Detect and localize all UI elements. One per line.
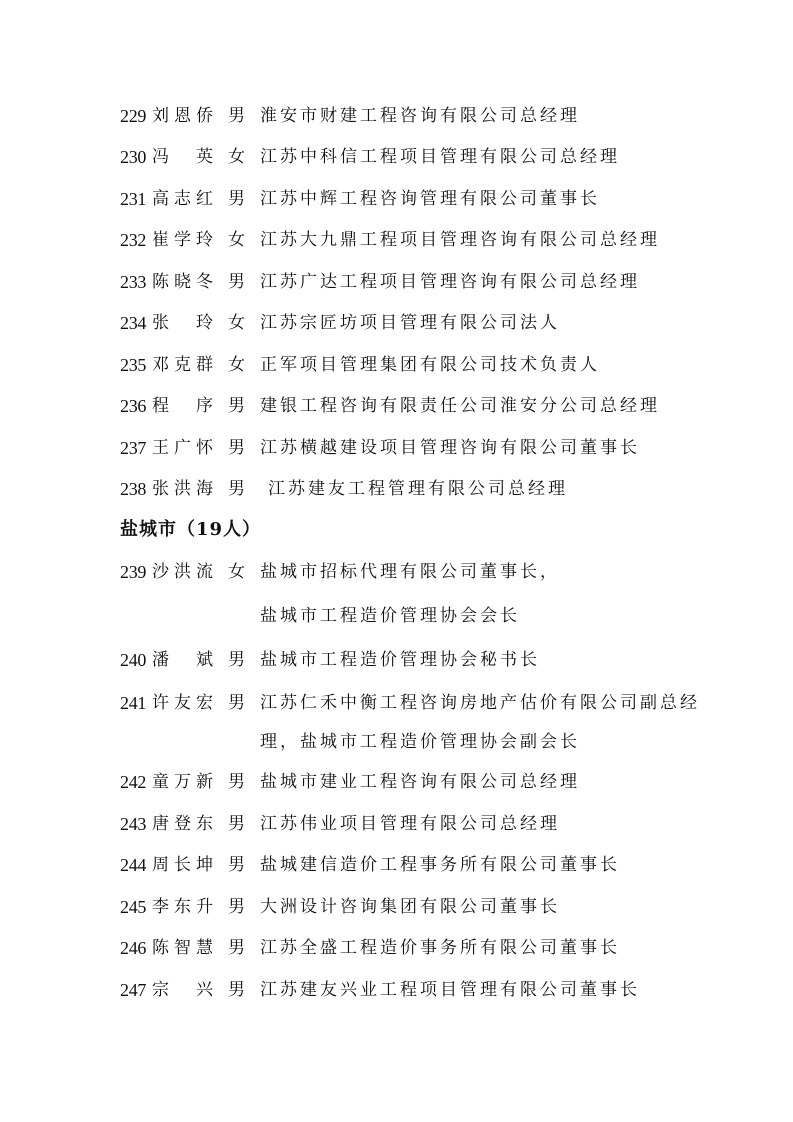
entry-description: 盐城市建业工程咨询有限公司总经理 — [260, 767, 580, 797]
entry-gender: 男 — [228, 850, 245, 880]
entry-name: 童万新 — [152, 767, 216, 797]
entry-gender: 男 — [228, 809, 245, 839]
entry-name: 崔学玲 — [152, 225, 216, 255]
entry-gender: 男 — [228, 767, 245, 797]
entry-gender: 男 — [228, 892, 245, 922]
entry-description: 江苏大九鼎工程项目管理咨询有限公司总经理 — [260, 225, 660, 255]
entry-name: 高志红 — [152, 184, 216, 214]
entry-description: 淮安市财建工程咨询有限公司总经理 — [260, 101, 580, 131]
entry-gender: 女 — [228, 350, 245, 380]
entry-description-continued: 理，盐城市工程造价管理协会副会长 — [260, 727, 580, 757]
entry-gender: 男 — [228, 184, 245, 214]
entry-description: 江苏中科信工程项目管理有限公司总经理 — [260, 142, 620, 172]
entry-gender: 女 — [228, 142, 245, 172]
entry-name: 宗 兴 — [152, 975, 216, 1005]
entry-name: 王广怀 — [152, 433, 216, 463]
entry-number: 237 — [120, 433, 146, 463]
entry-description: 江苏中辉工程咨询管理有限公司董事长 — [260, 184, 600, 214]
entry-gender: 男 — [228, 474, 245, 504]
entry-description: 江苏全盛工程造价事务所有限公司董事长 — [260, 933, 620, 963]
entry-name: 刘恩侨 — [152, 101, 216, 131]
entry-gender: 女 — [228, 225, 245, 255]
entry-description: 大洲设计咨询集团有限公司董事长 — [260, 892, 560, 922]
entry-description: 盐城市招标代理有限公司董事长， — [260, 557, 560, 587]
entry-name: 邓克群 — [152, 350, 216, 380]
entry-gender: 女 — [228, 308, 245, 338]
entry-description: 江苏伟业项目管理有限公司总经理 — [260, 809, 560, 839]
entry-gender: 男 — [228, 391, 245, 421]
entry-number: 236 — [120, 391, 146, 421]
entry-gender: 女 — [228, 557, 245, 587]
entry-name: 陈晓冬 — [152, 267, 216, 297]
entry-number: 242 — [120, 767, 146, 797]
entry-number: 235 — [120, 350, 146, 380]
entry-name: 程 序 — [152, 391, 216, 421]
entry-description: 江苏建友兴业工程项目管理有限公司董事长 — [260, 975, 640, 1005]
entry-number: 234 — [120, 308, 146, 338]
entry-number: 243 — [120, 809, 146, 839]
entry-number: 232 — [120, 225, 146, 255]
entry-description: 正军项目管理集团有限公司技术负责人 — [260, 350, 600, 380]
entry-name: 陈智慧 — [152, 933, 216, 963]
entry-name: 张洪海 — [152, 474, 216, 504]
entry-number: 246 — [120, 933, 146, 963]
entry-description: 江苏广达工程项目管理咨询有限公司总经理 — [260, 267, 640, 297]
entry-name: 沙洪流 — [152, 557, 216, 587]
entry-description: 江苏宗匠坊项目管理有限公司法人 — [260, 308, 560, 338]
entry-description: 建银工程咨询有限责任公司淮安分公司总经理 — [260, 391, 660, 421]
entry-gender: 男 — [228, 101, 245, 131]
entry-name: 李东升 — [152, 892, 216, 922]
document-page: 229 刘恩侨 男 淮安市财建工程咨询有限公司总经理 230 冯 英 女 江苏中… — [0, 0, 793, 1122]
entry-name: 周长坤 — [152, 850, 216, 880]
entry-number: 241 — [120, 688, 146, 718]
entry-number: 245 — [120, 892, 146, 922]
entry-description: 江苏建友工程管理有限公司总经理 — [268, 474, 568, 504]
entry-number: 231 — [120, 184, 146, 214]
entry-description: 江苏仁禾中衡工程咨询房地产估价有限公司副总经 — [260, 688, 700, 718]
entry-gender: 男 — [228, 433, 245, 463]
entry-number: 244 — [120, 850, 146, 880]
entry-gender: 男 — [228, 645, 245, 675]
entry-gender: 男 — [228, 267, 245, 297]
entry-number: 240 — [120, 645, 146, 675]
entry-name: 唐登东 — [152, 809, 216, 839]
entry-description: 盐城市工程造价管理协会秘书长 — [260, 645, 540, 675]
entry-gender: 男 — [228, 933, 245, 963]
entry-number: 229 — [120, 101, 146, 131]
entry-number: 238 — [120, 474, 146, 504]
entry-number: 247 — [120, 975, 146, 1005]
entry-description: 江苏横越建设项目管理咨询有限公司董事长 — [260, 433, 640, 463]
entry-name: 许友宏 — [152, 688, 216, 718]
entry-gender: 男 — [228, 975, 245, 1005]
entry-number: 230 — [120, 142, 146, 172]
entry-description-continued: 盐城市工程造价管理协会会长 — [260, 601, 520, 631]
entry-name: 潘 斌 — [152, 645, 216, 675]
entry-number: 233 — [120, 267, 146, 297]
entry-description: 盐城建信造价工程事务所有限公司董事长 — [260, 850, 620, 880]
entry-name: 张 玲 — [152, 308, 216, 338]
section-heading: 盐城市（19人） — [120, 515, 261, 545]
entry-number: 239 — [120, 557, 146, 587]
entry-gender: 男 — [228, 688, 245, 718]
entry-name: 冯 英 — [152, 142, 216, 172]
